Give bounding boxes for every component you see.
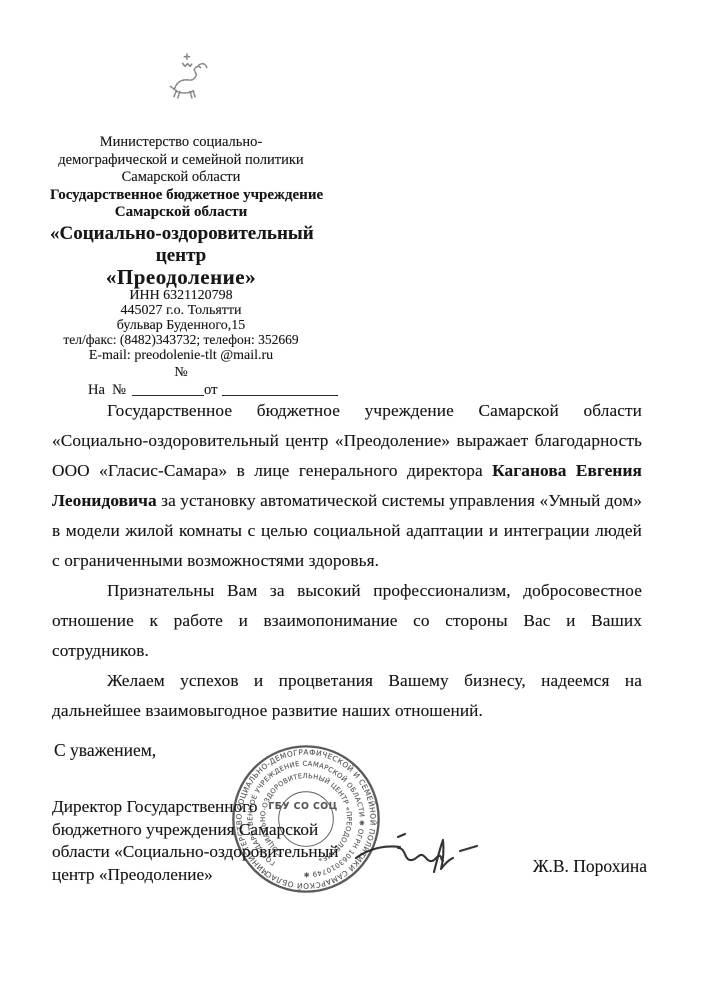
signatory-name: Ж.В. Порохина <box>533 856 647 877</box>
paragraph-3: Желаем успехов и процветания Вашему бизн… <box>52 666 642 726</box>
center-title-line-1: «Социально-оздоровительный <box>50 224 312 244</box>
signatory-title-block: Директор Государственного бюджетного учр… <box>52 796 338 886</box>
inn-line: ИНН 6321120798 <box>50 288 312 303</box>
doc-number-label: № <box>50 365 312 380</box>
signatory-title-line-2: бюджетного учреждения Самарской <box>52 819 338 842</box>
ministry-line-1: Министерство социально- <box>50 134 312 152</box>
center-title-line-2: центр <box>50 246 312 266</box>
paragraph-1: Государственное бюджетное учреждение Сам… <box>52 396 642 576</box>
handwritten-signature <box>348 818 498 890</box>
signatory-title-line-1: Директор Государственного <box>52 796 338 819</box>
paragraph-2: Признательны Вам за высокий профессионал… <box>52 576 642 666</box>
ministry-line-3: Самарской области <box>50 169 312 187</box>
institution-line-1: Государственное бюджетное учреждение <box>50 187 312 205</box>
letter-body: Государственное бюджетное учреждение Сам… <box>52 396 642 726</box>
salutation: С уважением, <box>54 740 156 761</box>
center-name: «Преодоление» <box>50 266 312 288</box>
samara-goat-emblem-icon <box>166 52 210 104</box>
signatory-title-line-3: области «Социально-оздоровительный <box>52 841 338 864</box>
phone-line: тел/факс: (8482)343732; телефон: 352669 <box>50 333 312 348</box>
address-line-2: бульвар Буденного,15 <box>50 318 312 333</box>
reference-number-blank <box>132 383 204 396</box>
scanned-letter-page: Министерство социально- демографической … <box>0 0 703 1000</box>
signatory-title-line-4: центр «Преодоление» <box>52 864 338 887</box>
address-line-1: 445027 г.о. Тольятти <box>50 303 312 318</box>
letterhead: Министерство социально- демографической … <box>50 134 312 398</box>
reference-date-blank <box>222 383 338 396</box>
institution-line-2: Самарской области <box>50 204 312 222</box>
ministry-line-2: демографической и семейной политики <box>50 152 312 170</box>
email-line: E-mail: preodolenie-tlt @mail.ru <box>50 348 312 363</box>
